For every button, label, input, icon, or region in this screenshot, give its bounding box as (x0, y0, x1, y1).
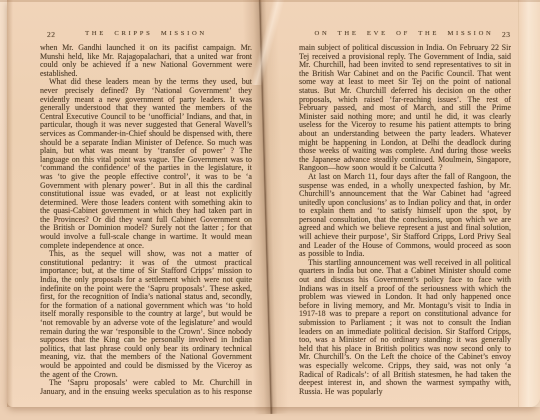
left-text-block: when Mr. Gandhi launched it on its pacif… (40, 44, 252, 396)
left-running-head: THE CRIPPS MISSION (40, 30, 252, 37)
paragraph: The ‘Sapru proposals’ were cabled to Mr.… (40, 379, 252, 396)
paragraph: This startling announcement was well rec… (299, 259, 511, 396)
right-page-number: 23 (502, 30, 511, 39)
right-text-block: main subject of political discussion in … (299, 44, 511, 396)
right-running-head: ON THE EVE OF THE MISSION (298, 30, 510, 37)
left-page-edge-shadow (7, 0, 13, 407)
paragraph: This, as the sequel will show, was not a… (40, 250, 252, 379)
paragraph: What did these leaders mean by the terms… (40, 78, 252, 250)
book-scan: 22 THE CRIPPS MISSION when Mr. Gandhi la… (0, 0, 540, 420)
scan-top-edge (0, 0, 540, 2)
right-page-fore-edge (518, 0, 540, 407)
paragraph: main subject of political discussion in … (299, 44, 511, 173)
paragraph: At last on March 11, four days after the… (299, 173, 511, 259)
paragraph: when Mr. Gandhi launched it on its pacif… (40, 44, 252, 78)
